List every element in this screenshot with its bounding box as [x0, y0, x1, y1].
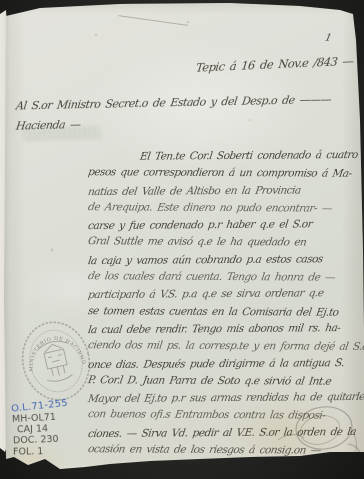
handwritten-line: la caja y vamos aún cobrando p.a estos c…: [88, 251, 364, 270]
archive-code-pencil-3: DOC. 230: [13, 434, 93, 447]
handwritten-line: ocasión en vista de los riesgos á consig…: [88, 441, 364, 460]
letter-salutation-line-1: Al S.or Ministro Secret.o de Estado y de…: [16, 93, 346, 114]
letter-body: El Ten.te Cor.l Soberti condenado á cuat…: [88, 148, 364, 459]
handwritten-line: participarlo á V.S. p.a q.e se sirva ord…: [88, 285, 364, 304]
paper-scratch-mark: [118, 15, 187, 26]
letter-salutation-line-1-text: Al S.or Ministro Secret.o de Estado y de…: [15, 93, 332, 114]
letter-dateline: Tepic á 16 de Nov.e /843 —: [196, 53, 364, 74]
handwritten-line: natias del Valle de Altisbo en la Provin…: [88, 182, 364, 201]
photographed-manuscript-scene: 1 Tepic á 16 de Nov.e /843 — Al S.or Min…: [0, 0, 364, 479]
ink-bleed-smudge: [24, 126, 100, 142]
handwritten-line: se tomen estas cuentas en la Comisaria d…: [88, 303, 364, 322]
handwritten-line: ciones. — Sirva Vd. pedir al V.E. S.or l…: [88, 424, 364, 443]
handwritten-line: de Arequipa. Este dinero no pudo encontr…: [88, 199, 364, 218]
handwritten-line: Gral Suttle me avisó q.e le ha quedado e…: [88, 234, 364, 253]
embossed-oval-seal: MINISTERIO DE HACIENDA: [11, 313, 102, 410]
signature-rubric-flourish: [268, 400, 364, 462]
handwritten-line: Mayor del Ej.to p.r sus armas rendidas h…: [88, 389, 364, 408]
svg-text:MINISTERIO DE HACIENDA: MINISTERIO DE HACIENDA: [11, 313, 87, 380]
seal-arc-text: MINISTERIO DE HACIENDA: [11, 313, 87, 380]
handwritten-line: de los cuales dará cuenta. Tengo la honr…: [88, 268, 364, 287]
handwritten-line: ciendo dos mil ps. la corresp.te y en fo…: [88, 337, 364, 356]
letter-salutation-line-2-text: Hacienda —: [15, 118, 81, 134]
handwritten-line: pesos que correspondieron á un compromis…: [88, 164, 364, 183]
letter-salutation-line-2: Hacienda —: [16, 116, 136, 133]
seal-crest-drawing: [37, 339, 75, 384]
archive-code-pencil-4: FOL. 1: [13, 446, 93, 457]
handwritten-line: carse y fue condenado p.r haber q.e el S…: [88, 216, 364, 235]
folio-page-number-text: 1: [324, 33, 333, 45]
folio-page-number: 1: [325, 33, 340, 46]
archive-code-pencil-2: CAJ 14: [17, 423, 97, 436]
handwritten-line: la cual debe rendir. Tengo mis abonos mi…: [88, 320, 364, 339]
handwritten-line: El Ten.te Cor.l Soberti condenado á cuat…: [88, 147, 364, 166]
manuscript-page: 1 Tepic á 16 de Nov.e /843 — Al S.or Min…: [0, 0, 364, 479]
handwritten-line: con buenos ofi.s Entrambos contra las di…: [88, 407, 364, 426]
archive-code-blue: O.L.71-255: [11, 394, 102, 414]
archive-code-pencil-1: MH-OL71: [12, 411, 92, 425]
letter-dateline-text: Tepic á 16 de Nov.e /843 —: [195, 54, 354, 75]
handwritten-line: P. Cor.l D. Juan Parra de Soto q.e sirvi…: [88, 372, 364, 391]
handwritten-line: once dias. Después pude dirigirme á la a…: [88, 354, 364, 373]
